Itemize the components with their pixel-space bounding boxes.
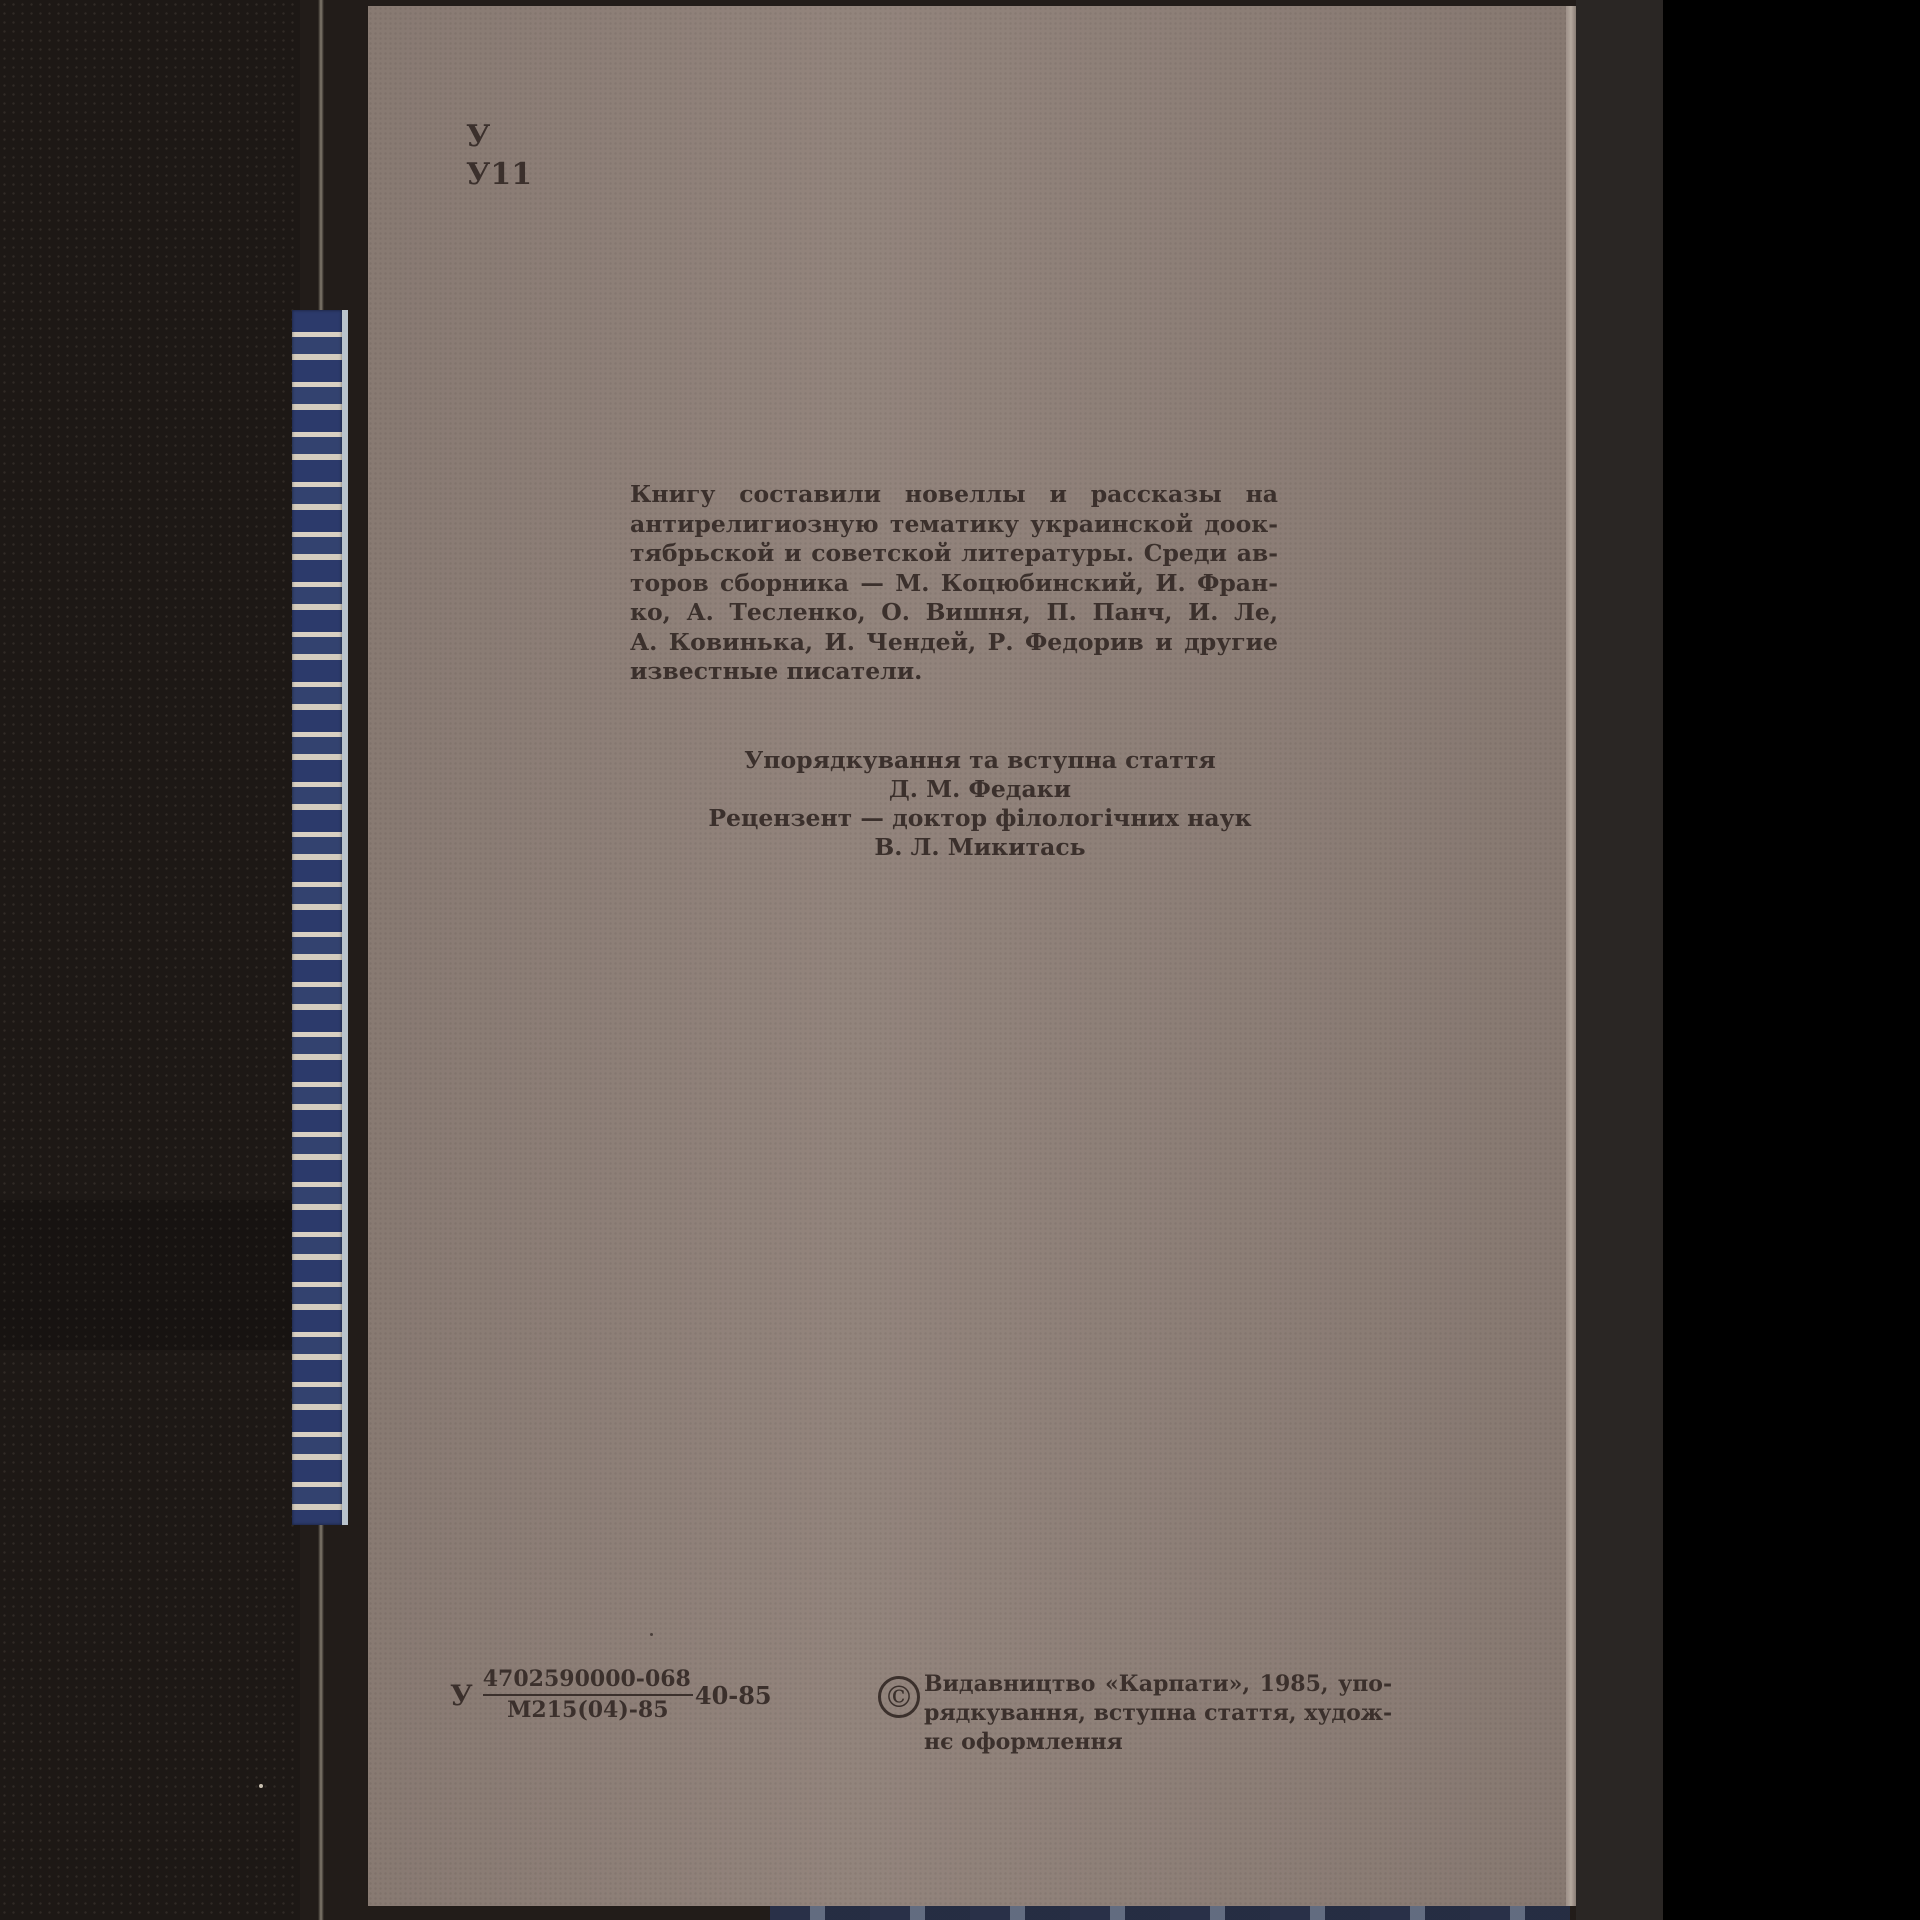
annotation-line: тябрьской и советской литературы. Среди … — [630, 539, 1278, 569]
spine-pattern-strip — [292, 310, 348, 1525]
imprint-fraction: 4702590000-068 М215(04)-85 — [483, 1666, 693, 1724]
catalog-imprint: У 4702590000-068 М215(04)-85 40-85 — [450, 1666, 772, 1724]
annotation-line: А. Ковинька, И. Чендей, Р. Федорив и дру… — [630, 628, 1278, 658]
annotation-line: известные писатели. — [630, 657, 1278, 687]
copyright-notice: © Видавництво «Карпати», 1985, упо- рядк… — [878, 1670, 1448, 1757]
annotation-line: ко, А. Тесленко, О. Вишня, П. Панч, И. Л… — [630, 598, 1278, 628]
classification-line-2: У11 — [466, 156, 532, 194]
credits-block: Упорядкування та вступна стаття Д. М. Фе… — [630, 746, 1330, 862]
imprint-numerator: 4702590000-068 — [483, 1666, 693, 1696]
imprint-suffix: 40-85 — [695, 1681, 772, 1710]
table-shadow-band — [0, 1200, 300, 1350]
copyright-line: рядкування, вступна стаття, худож- — [924, 1699, 1392, 1728]
print-speck — [650, 1633, 653, 1636]
annotation-paragraph: Книгу составили новеллы и рассказы на ан… — [630, 480, 1278, 687]
compiler-label: Упорядкування та вступна стаття — [630, 746, 1330, 775]
classification-line-1: У — [466, 118, 532, 156]
page-right-edge — [1566, 6, 1576, 1906]
copyright-text: Видавництво «Карпати», 1985, упо- рядкув… — [924, 1670, 1392, 1757]
page-right-shadow — [1576, 0, 1663, 1920]
book-page: У У11 Книгу составили новеллы и рассказы… — [368, 6, 1576, 1906]
imprint-letter: У — [450, 1679, 473, 1712]
table-surface — [0, 0, 300, 1920]
reviewer-name: В. Л. Микитась — [630, 833, 1330, 862]
book-photo: У У11 Книгу составили новеллы и рассказы… — [0, 0, 1663, 1920]
annotation-line: антирелигиозную тематику украинской доок… — [630, 510, 1278, 540]
compiler-name: Д. М. Федаки — [630, 775, 1330, 804]
classification-code: У У11 — [466, 118, 532, 194]
dust-speck — [259, 1784, 263, 1788]
reviewer-label: Рецензент — доктор філологічних наук — [630, 804, 1330, 833]
copyright-line: Видавництво «Карпати», 1985, упо- — [924, 1670, 1392, 1699]
copyright-icon: © — [878, 1676, 920, 1718]
copyright-line: нє оформлення — [924, 1728, 1392, 1757]
cover-bottom-pattern — [770, 1905, 1570, 1920]
annotation-line: торов сборника — М. Коцюбинский, И. Фран… — [630, 569, 1278, 599]
annotation-line: Книгу составили новеллы и рассказы на — [630, 480, 1278, 510]
imprint-denominator: М215(04)-85 — [507, 1696, 668, 1724]
